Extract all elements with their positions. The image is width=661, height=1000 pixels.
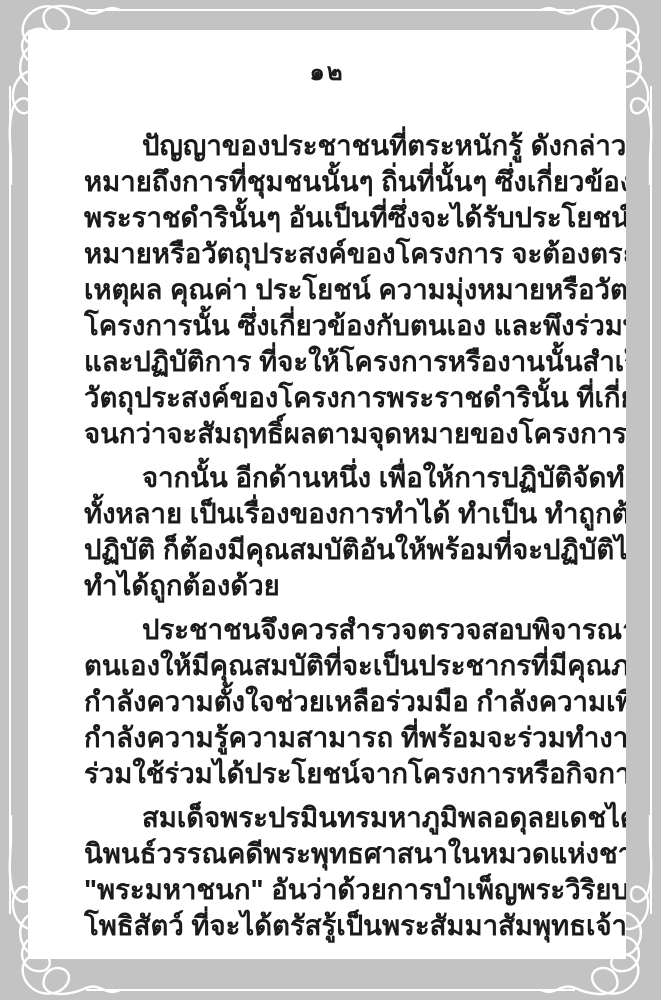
frame-border-line-top xyxy=(86,9,575,11)
text-line: วัตถุประสงค์ของโครงการพระราชดำรินั้น ที่… xyxy=(84,380,600,416)
text-line: ทำได้ถูกต้องด้วย xyxy=(84,568,600,604)
paragraph: สมเด็จพระปรมินทรมหาภูมิพลอดุลยเดชได้ทรงพ… xyxy=(84,800,600,944)
text-line: หมายหรือวัตถุประสงค์ของโครงการ จะต้องตระ… xyxy=(84,236,600,272)
decorative-frame: ๑๒ ปัญญาของประชาชนที่ตระหนักรู้ ดังกล่าว… xyxy=(0,0,661,1000)
text-line: ปฏิบัติ ก็ต้องมีคุณสมบัติอันให้พร้อมที่จ… xyxy=(84,532,600,568)
page-number: ๑๒ xyxy=(28,52,626,91)
text-line: โพธิสัตว์ ที่จะได้ตรัสรู้เป็นพระสัมมาสัม… xyxy=(84,908,600,944)
page-text: ปัญญาของประชาชนที่ตระหนักรู้ ดังกล่าวนั้… xyxy=(28,128,626,944)
text-line: และปฏิบัติการ ที่จะให้โครงการหรืองานนั้น… xyxy=(84,344,600,380)
text-line: ประชาชนจึงควรสำรวจตรวจสอบพิจารณาและพัฒนา xyxy=(84,612,600,648)
text-line: สมเด็จพระปรมินทรมหาภูมิพลอดุลยเดชได้ทรงพ… xyxy=(84,800,600,836)
text-line: พระราชดำรินั้นๆ อันเป็นที่ซึ่งจะได้รับปร… xyxy=(84,200,600,236)
frame-border-line-bottom xyxy=(86,989,575,991)
text-line: เหตุผล คุณค่า ประโยชน์ ความมุ่งหมายหรือว… xyxy=(84,272,600,308)
text-line: กำลังความตั้งใจช่วยเหลือร่วมมือ กำลังควา… xyxy=(84,684,600,720)
paragraph: ประชาชนจึงควรสำรวจตรวจสอบพิจารณาและพัฒนา… xyxy=(84,612,600,792)
frame-border-line-right xyxy=(650,86,652,914)
frame-border-line-left xyxy=(9,86,11,914)
text-line: ทั้งหลาย เป็นเรื่องของการทำได้ ทำเป็น ทำ… xyxy=(84,496,600,532)
text-line: "พระมหาชนก" อันว่าด้วยการบำเพ็ญพระวิริยบ… xyxy=(84,872,600,908)
text-line: จากนั้น อีกด้านหนึ่ง เพื่อให้การปฏิบัติจ… xyxy=(84,460,600,496)
book-page: ๑๒ ปัญญาของประชาชนที่ตระหนักรู้ ดังกล่าว… xyxy=(28,30,626,959)
text-line: โครงการนั้น ซึ่งเกี่ยวข้องกับตนเอง และพึ… xyxy=(84,308,600,344)
text-line: นิพนธ์วรรณคดีพระพุทธศาสนาในหมวดแห่งชาดก … xyxy=(84,836,600,872)
text-line: ปัญญาของประชาชนที่ตระหนักรู้ ดังกล่าวนั้… xyxy=(84,128,600,164)
text-line: กำลังความรู้ความสามารถ ที่พร้อมจะร่วมทำง… xyxy=(84,720,600,756)
text-line: ตนเองให้มีคุณสมบัติที่จะเป็นประชากรที่มี… xyxy=(84,648,600,684)
paragraph: จากนั้น อีกด้านหนึ่ง เพื่อให้การปฏิบัติจ… xyxy=(84,460,600,604)
text-line: ร่วมใช้ร่วมได้ประโยชน์จากโครงการหรือกิจก… xyxy=(84,756,600,792)
text-line: หมายถึงการที่ชุมชนนั้นๆ ถิ่นที่นั้นๆ ซึ่… xyxy=(84,164,600,200)
text-line: จนกว่าจะสัมฤทธิ์ผลตามจุดหมายของโครงการ xyxy=(84,416,600,452)
paragraph: ปัญญาของประชาชนที่ตระหนักรู้ ดังกล่าวนั้… xyxy=(84,128,600,452)
